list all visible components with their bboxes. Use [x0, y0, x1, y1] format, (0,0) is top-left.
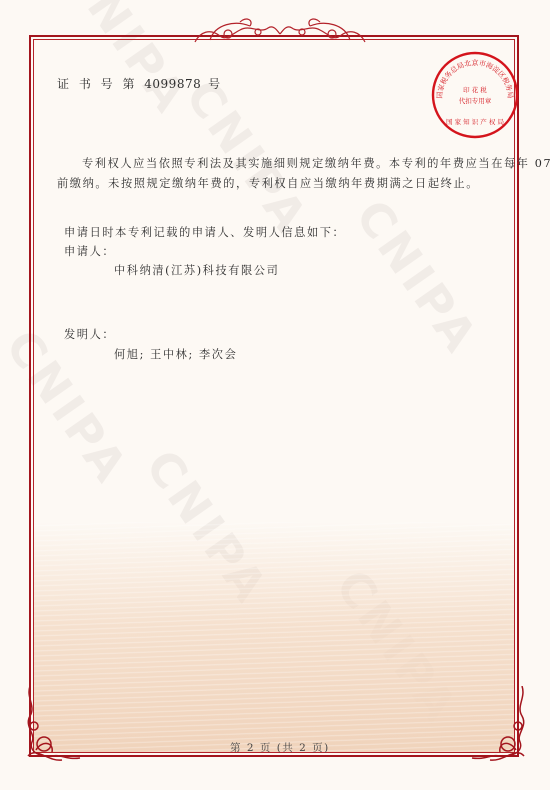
- info-intro: 申请日时本专利记载的申请人、发明人信息如下：: [64, 224, 345, 240]
- certificate-number-label: 证 书 号 第: [57, 77, 137, 91]
- certificate-number-value: 4099878: [144, 77, 201, 91]
- applicant-label: 申请人：: [64, 243, 115, 259]
- top-ornament-icon: [180, 14, 380, 46]
- official-seal-icon: 国家税务总局北京市海淀区税务局 印 花 税 代扣专用章 国 家 知 识 产 权 …: [430, 50, 520, 140]
- outer-border: [29, 35, 519, 757]
- certificate-number: 证 书 号 第 4099878 号: [57, 75, 223, 92]
- border-line: [29, 33, 189, 39]
- svg-text:印 花 税: 印 花 税: [463, 85, 487, 94]
- inventor-label: 发明人：: [64, 326, 115, 342]
- fee-notice-line2: 前缴纳。未按照规定缴纳年费的，专利权自应当缴纳年费期满之日起终止。: [57, 175, 479, 191]
- svg-text:国 家 知 识 产 权 局: 国 家 知 识 产 权 局: [446, 117, 504, 126]
- inventor-names: 何旭; 王中林; 李次会: [114, 346, 237, 362]
- applicant-name: 中科纳清(江苏)科技有限公司: [114, 262, 279, 278]
- fee-notice-line1: 专利权人应当依照专利法及其实施细则规定缴纳年费。本专利的年费应当在每年 07 月…: [82, 155, 550, 171]
- certificate-number-suffix: 号: [208, 77, 223, 91]
- page-number: 第 2 页 (共 2 页): [230, 740, 330, 755]
- svg-text:代扣专用章: 代扣专用章: [459, 96, 492, 105]
- corner-ornament-icon: [22, 686, 82, 766]
- corner-ornament-icon: [470, 686, 530, 766]
